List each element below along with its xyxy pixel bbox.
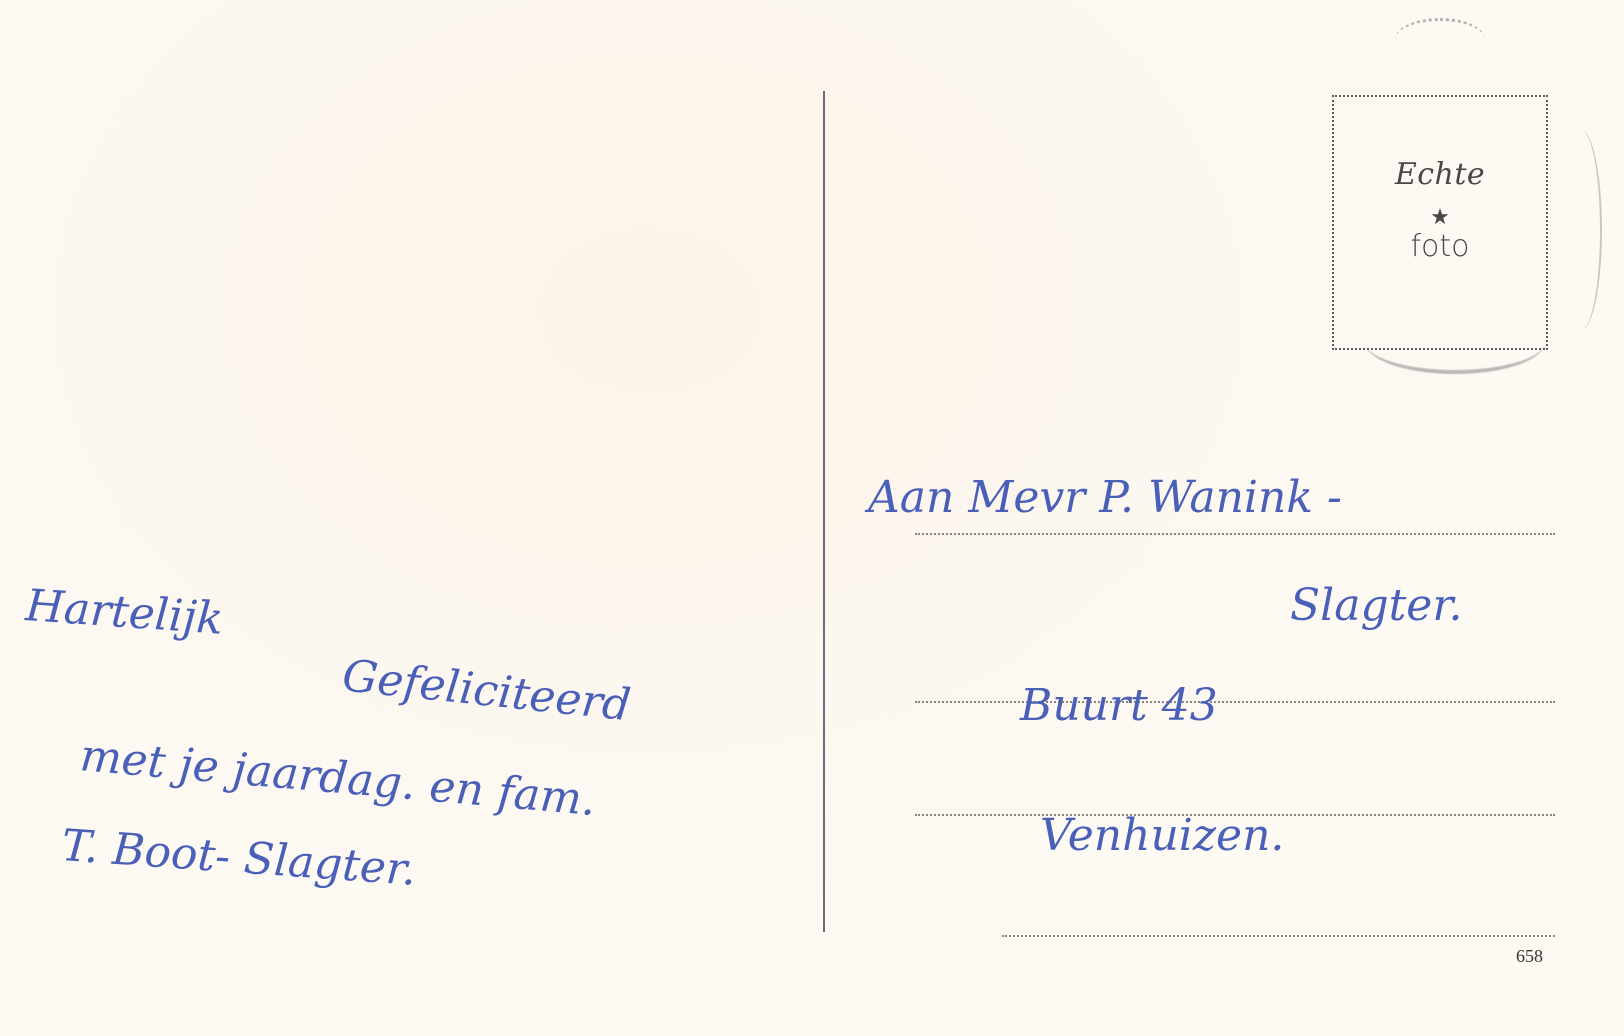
- message-line-2: met je jaardag. en fam.: [78, 730, 598, 826]
- postmark-arc: [1365, 310, 1545, 374]
- address-line-4: [1002, 935, 1555, 937]
- postcard-back: Echte ★ foto Aan Mevr P. Wanink - Slagte…: [0, 0, 1624, 1036]
- address-city: Venhuizen.: [1040, 810, 1284, 861]
- stamp-text-foto: foto: [1334, 229, 1546, 264]
- message-line-1a: Hartelijk: [24, 580, 225, 645]
- postmark-fragment: [1395, 18, 1485, 61]
- card-number: 658: [1516, 946, 1543, 967]
- address-surname: Slagter.: [1290, 580, 1463, 631]
- postmark-arc-right: [1560, 130, 1602, 330]
- star-icon: ★: [1334, 205, 1546, 230]
- address-street: Buurt 43: [1020, 680, 1218, 731]
- address-line-2: [915, 701, 1555, 703]
- center-divider-line: [823, 91, 825, 932]
- stamp-text-echte: Echte: [1334, 157, 1546, 192]
- address-recipient: Aan Mevr P. Wanink -: [868, 472, 1342, 523]
- message-line-1b: Gefeliciteerd: [340, 650, 633, 731]
- message-line-3: T. Boot- Slagter.: [60, 820, 418, 896]
- address-line-1: [915, 533, 1555, 535]
